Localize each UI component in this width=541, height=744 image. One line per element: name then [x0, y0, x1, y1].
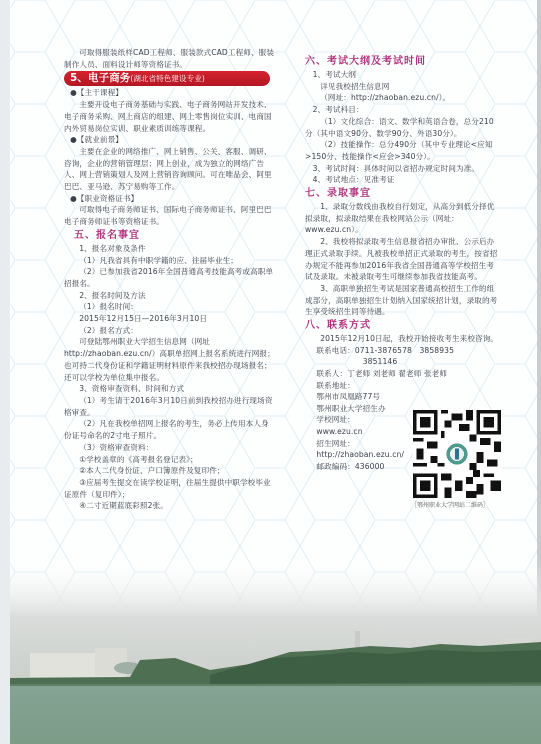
- section-title-contact: 八、联系方式: [305, 318, 500, 333]
- list-item: （1）考生请于2016年3月10日前到我校招办进行现场资格审查。: [64, 395, 276, 418]
- left-column: 可取得服装纸样CAD工程师、服装款式CAD工程师、服装制作人员、面料设计师等资格…: [64, 47, 276, 512]
- list-item: （2）已参加我省2016年全国普通高考技能高考或高职单招报名。: [64, 266, 276, 289]
- address-line-1: 鄂州市凤凰路77号: [316, 391, 500, 403]
- list-item: （1）凡我省具有中职学籍的应、往届毕业生；: [64, 255, 276, 267]
- banner-title: 5、电子商务: [70, 72, 130, 84]
- list-item: 2、报名时间及方法: [64, 290, 276, 302]
- list-item: ①学校盖章的《高考报名登记表》；: [64, 454, 276, 466]
- list-item: 详见我校招生信息网: [305, 81, 500, 93]
- phone-1: 0711-3876578: [355, 346, 412, 355]
- list-item: 3、资格审查资料、时间和方式: [64, 383, 276, 395]
- cert-text: 可取得电子商务师证书、国际电子商务师证书、阿里巴巴电子商务师证书等资格证书。: [64, 204, 276, 227]
- major-banner: 5、电子商务(湖北省特色建设专业): [64, 71, 270, 86]
- intro-text: 可取得服装纸样CAD工程师、服装款式CAD工程师、服装制作人员、面料设计师等资格…: [64, 47, 276, 70]
- list-item: 1、考试大纲: [305, 69, 500, 81]
- list-item: （3）资格审查资料：: [64, 442, 276, 454]
- banner-note: (湖北省特色建设专业): [130, 74, 204, 83]
- list-item: ②本人二代身份证、户口簿原件及复印件；: [64, 465, 276, 477]
- core-courses-label: ●【主干课程】: [64, 87, 276, 99]
- list-item: 2015年12月15日—2016年3月10日: [64, 313, 276, 325]
- cert-label: ●【职业资格证书】: [64, 193, 276, 205]
- contact-intro: 2015年12月10日起，我校开始接收考生来校咨询。: [305, 333, 500, 345]
- list-item: （1）报名时间：: [64, 301, 276, 313]
- list-item: ④二寸近期蓝底彩照2张。: [64, 500, 276, 512]
- phone-label: 联系电话：: [316, 346, 354, 355]
- contact-people: 联系人：丁老师 刘老师 翟老师 张老师: [316, 368, 500, 380]
- employment-text: 主要在企业的网络推广、网上销售、公关、客服、调研、咨询，企业的营销管理层；网上创…: [64, 146, 276, 193]
- list-item: 2、考试科目：: [305, 104, 500, 116]
- campus-lake-photo: [10, 560, 541, 744]
- list-item: （网址：http://zhaoban.ezu.cn/）。: [305, 92, 500, 104]
- list-item: 1、录取分数线由我校自行划定，从高分到低分择优拟录取，拟录取结果在我校网站公示（…: [305, 201, 500, 236]
- list-item: 1、报名对象及条件: [64, 243, 276, 255]
- core-courses-text: 主要开设电子商务基础与实践、电子商务网站开发技术、电子商务采购、网上商店的组建、…: [64, 99, 276, 134]
- section-title-exam: 六、考试大纲及考试时间: [305, 54, 500, 69]
- list-item: （2）凡在我校单招网上报名的考生，务必上传用本人身份证号命名的2寸电子照片。: [64, 418, 276, 441]
- list-item: （1）文化综合：语文、数学和英语合卷，总分210分（其中语文90分、数学90分、…: [305, 116, 500, 139]
- address-label: 联系地址：: [316, 380, 500, 392]
- qr-code[interactable]: [413, 410, 501, 498]
- list-item: ③应届考生提交在读学校证明，往届生提供中职学校毕业证原件（复印件）；: [64, 477, 276, 500]
- section-title-admission: 七、录取事宜: [305, 186, 500, 201]
- list-item: 3、高职单独招生考试是国家普通高校招生工作的组成部分，高职单独招生计划纳入国家统…: [305, 283, 500, 318]
- brochure-page: 可取得服装纸样CAD工程师、服装款式CAD工程师、服装制作人员、面料设计师等资格…: [0, 0, 541, 744]
- employment-label: ●【就业前景】: [64, 134, 276, 146]
- list-item: 2、我校将拟录取考生信息报省招办审批、公示后办理正式录取手续。凡被我校单招正式录…: [305, 236, 500, 283]
- qr-caption: ［鄂州职业大学网站二维码］: [411, 500, 489, 509]
- list-item: （2）技能操作：总分490分（其中专业理论<应知>150分、技能操作<应会>34…: [305, 139, 500, 162]
- phone-3: 3851146: [316, 356, 500, 368]
- list-item: 可登陆鄂州职业大学招生信息网（网址http://zhaoban.ezu.cn/）…: [64, 336, 276, 383]
- list-item: 4、考试地点：见准考证: [305, 174, 500, 186]
- phone-2: 3858935: [420, 346, 455, 355]
- phone-line: 联系电话：0711-3876578 3858935: [316, 345, 500, 357]
- page-gutter: [0, 0, 10, 744]
- list-item: 3、考试时间：具体时间以省招办规定时间为准。: [305, 163, 500, 175]
- list-item: （2）报名方式：: [64, 325, 276, 337]
- section-title-registration: 五、报名事宜: [64, 228, 276, 243]
